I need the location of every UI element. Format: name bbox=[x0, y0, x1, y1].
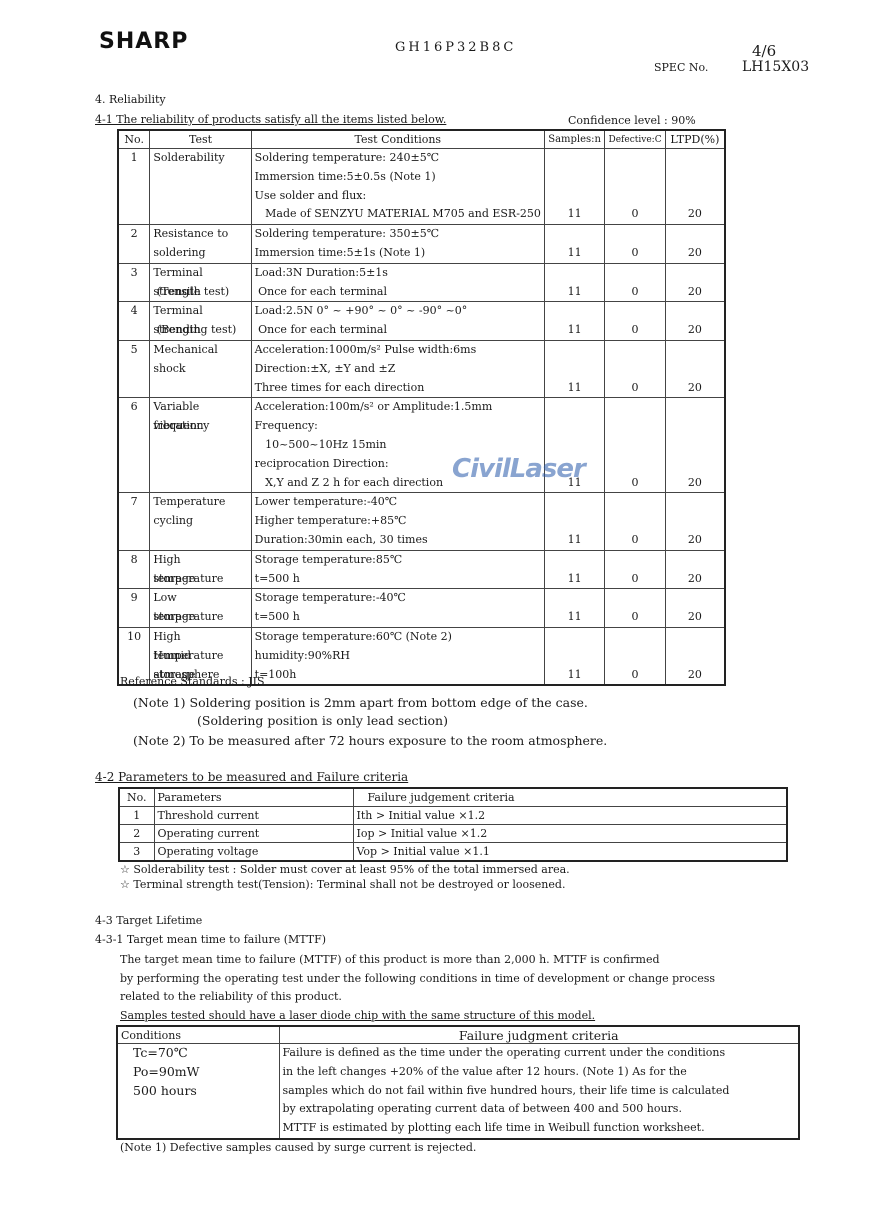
condition-line: Acceleration:100m/s² or Amplitude:1.5mm bbox=[255, 398, 541, 417]
condition-line: Load:2.5N 0° ~ +90° ~ 0° ~ -90° ~0° bbox=[255, 302, 541, 321]
test-number-text: 6 bbox=[122, 398, 146, 417]
condition-line: Direction:±X, ±Y and ±Z bbox=[255, 360, 541, 379]
defective-count: 0 bbox=[605, 225, 666, 264]
ltpd-value-text: 20 bbox=[669, 474, 721, 493]
param-name: Operating voltage bbox=[154, 843, 353, 862]
condition-line: 500 hours bbox=[121, 1082, 276, 1101]
test-name-line: Temperature bbox=[153, 493, 247, 512]
ltpd-value-text: 20 bbox=[669, 379, 721, 398]
samples-count-text: 11 bbox=[548, 205, 601, 224]
samples-count: 11 bbox=[544, 589, 604, 628]
ltpd-value: 20 bbox=[665, 149, 725, 225]
condition-line: Three times for each direction bbox=[255, 379, 541, 398]
condition-line: Storage temperature:60℃ (Note 2) bbox=[255, 628, 541, 647]
param-name: Threshold current bbox=[154, 807, 353, 825]
spacer bbox=[153, 379, 247, 398]
lifetime-criteria: Failure is defined as the time under the… bbox=[279, 1044, 799, 1139]
test-number-text: 4 bbox=[122, 302, 146, 321]
test-name-line: (Bending test) bbox=[153, 321, 247, 340]
lifetime-conditions: Tc=70℃Po=90mW500 hours bbox=[117, 1044, 279, 1139]
spacer bbox=[153, 436, 247, 455]
param-name: Operating current bbox=[154, 825, 353, 843]
test-number-text: 5 bbox=[122, 341, 146, 360]
condition-line: Po=90mW bbox=[121, 1063, 276, 1082]
table-row: 4Terminal strength (Bending test)Load:2.… bbox=[118, 302, 725, 341]
defective-count-text: 0 bbox=[608, 570, 662, 589]
defective-count-text: 0 bbox=[608, 608, 662, 627]
test-conditions: Soldering temperature: 240±5℃Immersion t… bbox=[251, 149, 544, 225]
ltpd-value: 20 bbox=[665, 627, 725, 685]
ltpd-value: 20 bbox=[665, 398, 725, 493]
test-conditions: Soldering temperature: 350±5℃Immersion t… bbox=[251, 225, 544, 264]
criteria-header: Failure judgement criteria bbox=[353, 788, 787, 807]
note-1: (Note 1) Soldering position is 2mm apart… bbox=[133, 695, 588, 710]
condition-line: Frequency: bbox=[255, 417, 541, 436]
mttf-paragraph-line: by performing the operating test under t… bbox=[120, 973, 715, 985]
criteria-line: by extrapolating operating current data … bbox=[283, 1100, 796, 1119]
test-name: Low temperaturestorage bbox=[150, 589, 251, 628]
ltpd-value-text: 20 bbox=[669, 531, 721, 550]
model-number: GH16P32B8C bbox=[395, 40, 516, 55]
test-number-text: 2 bbox=[122, 225, 146, 244]
test-number: 7 bbox=[118, 493, 150, 550]
param-number: 3 bbox=[119, 843, 154, 862]
condition-line: Tc=70℃ bbox=[121, 1044, 276, 1063]
test-name-line: cycling bbox=[153, 512, 247, 531]
condition-line: t=500 h bbox=[255, 570, 541, 589]
defective-count-text: 0 bbox=[608, 531, 662, 550]
test-number: 9 bbox=[118, 589, 150, 628]
defective-count-text: 0 bbox=[608, 379, 662, 398]
subsection-4-1-title: 4-1 The reliability of products satisfy … bbox=[95, 114, 446, 126]
criteria-line: MTTF is estimated by plotting each life … bbox=[283, 1119, 796, 1138]
defective-count-text: 0 bbox=[608, 321, 662, 340]
condition-line: Once for each terminal bbox=[255, 283, 541, 302]
section-title-reliability: 4. Reliability bbox=[95, 94, 166, 106]
test-number-text: 10 bbox=[122, 628, 146, 647]
watermark: CivilLaser bbox=[452, 454, 585, 484]
test-name-line: Resistance to bbox=[153, 225, 247, 244]
test-name-line: High temperature bbox=[153, 628, 247, 647]
reference-standards: Reference Standards : JIS bbox=[120, 676, 265, 688]
defective-count: 0 bbox=[605, 149, 666, 225]
no-header: No. bbox=[119, 788, 154, 807]
test-name-line: Solderability bbox=[153, 149, 247, 168]
test-conditions: Storage temperature:60℃ (Note 2)humidity… bbox=[251, 627, 544, 685]
subsection-4-3-title: 4-3 Target Lifetime bbox=[95, 915, 202, 927]
test-number: 6 bbox=[118, 398, 150, 493]
mttf-paragraph-line: Samples tested should have a laser diode… bbox=[120, 1010, 595, 1022]
ltpd-value-text: 20 bbox=[669, 608, 721, 627]
conditions-header: Test Conditions bbox=[251, 130, 544, 149]
param-criteria: Vop > Initial value ×1.1 bbox=[353, 843, 787, 862]
condition-line: Storage temperature:85℃ bbox=[255, 551, 541, 570]
reliability-table: No.TestTest ConditionsSamples:nDefective… bbox=[117, 129, 726, 686]
defective-count: 0 bbox=[605, 550, 666, 589]
condition-line: Duration:30min each, 30 times bbox=[255, 531, 541, 550]
test-name-line: soldering bbox=[153, 244, 247, 263]
note-defective-samples: (Note 1) Defective samples caused by sur… bbox=[120, 1142, 476, 1154]
table-row: 9Low temperaturestorageStorage temperatu… bbox=[118, 589, 725, 628]
spacer bbox=[153, 168, 247, 187]
test-name-line: Low temperature bbox=[153, 589, 247, 608]
ltpd-value: 20 bbox=[665, 225, 725, 264]
defective-count: 0 bbox=[605, 589, 666, 628]
test-number-text: 9 bbox=[122, 589, 146, 608]
samples-count-text: 11 bbox=[548, 608, 601, 627]
ltpd-value-text: 20 bbox=[669, 321, 721, 340]
test-conditions: Storage temperature:-40℃t=500 h bbox=[251, 589, 544, 628]
table-row: 8High temperaturestorageStorage temperat… bbox=[118, 550, 725, 589]
samples-count: 11 bbox=[544, 149, 604, 225]
defective-count: 0 bbox=[605, 263, 666, 302]
param-number: 1 bbox=[119, 807, 154, 825]
test-conditions: Acceleration:1000m/s² Pulse width:6msDir… bbox=[251, 340, 544, 397]
defective-count-text: 0 bbox=[608, 474, 662, 493]
ltpd-value: 20 bbox=[665, 302, 725, 341]
test-name: Terminal strength (Tensile test) bbox=[150, 263, 251, 302]
defective-count: 0 bbox=[605, 302, 666, 341]
ltpd-value: 20 bbox=[665, 550, 725, 589]
samples-count: 11 bbox=[544, 627, 604, 685]
criteria-line: in the left changes +20% of the value af… bbox=[283, 1063, 796, 1082]
test-number: 1 bbox=[118, 149, 150, 225]
defective-count: 0 bbox=[605, 340, 666, 397]
spec-number: LH15X03 bbox=[742, 59, 809, 75]
condition-line: Higher temperature:+85℃ bbox=[255, 512, 541, 531]
condition-line: Acceleration:1000m/s² Pulse width:6ms bbox=[255, 341, 541, 360]
condition-line: t=100h bbox=[255, 666, 541, 685]
test-name-line: Terminal strength bbox=[153, 264, 247, 283]
test-name: Resistance tosoldering bbox=[150, 225, 251, 264]
test-number-text: 8 bbox=[122, 551, 146, 570]
ltpd-value-text: 20 bbox=[669, 666, 721, 685]
samples-count-text: 11 bbox=[548, 244, 601, 263]
condition-line: Immersion time:5±1s (Note 1) bbox=[255, 244, 541, 263]
samples-header: Samples:n bbox=[544, 130, 604, 149]
test-name-line: Variable frequency bbox=[153, 398, 247, 417]
mttf-paragraph-line: The target mean time to failure (MTTF) o… bbox=[120, 954, 660, 966]
defective-header: Defective:C bbox=[605, 130, 666, 149]
param-criteria: Iop > Initial value ×1.2 bbox=[353, 825, 787, 843]
ltpd-value: 20 bbox=[665, 589, 725, 628]
test-name: Temperaturecycling bbox=[150, 493, 251, 550]
no-header: No. bbox=[118, 130, 150, 149]
test-name-line: Terminal strength bbox=[153, 302, 247, 321]
parameters-header: Parameters bbox=[154, 788, 353, 807]
table-row: 3Terminal strength (Tensile test)Load:3N… bbox=[118, 263, 725, 302]
condition-line: 10~500~10Hz 15min bbox=[255, 436, 541, 455]
samples-count: 11 bbox=[544, 225, 604, 264]
samples-count-text: 11 bbox=[548, 570, 601, 589]
table-row: 6Variable frequencyvibration Acceleratio… bbox=[118, 398, 725, 493]
samples-count: 11 bbox=[544, 550, 604, 589]
defective-count-text: 0 bbox=[608, 666, 662, 685]
ltpd-value-text: 20 bbox=[669, 205, 721, 224]
criteria-line: samples which do not fail within five hu… bbox=[283, 1082, 796, 1101]
spacer bbox=[153, 531, 247, 550]
confidence-level: Confidence level : 90% bbox=[568, 115, 696, 127]
spacer bbox=[153, 187, 247, 206]
spacer bbox=[153, 474, 247, 493]
defective-count-text: 0 bbox=[608, 244, 662, 263]
ltpd-value: 20 bbox=[665, 263, 725, 302]
test-name: Variable frequencyvibration bbox=[150, 398, 251, 493]
ltpd-value: 20 bbox=[665, 340, 725, 397]
samples-count-text: 11 bbox=[548, 283, 601, 302]
page-number: 4/6 bbox=[752, 42, 776, 60]
condition-line: Once for each terminal bbox=[255, 321, 541, 340]
samples-count-text: 11 bbox=[548, 321, 601, 340]
ltpd-value-text: 20 bbox=[669, 283, 721, 302]
condition-line: Immersion time:5±0.5s (Note 1) bbox=[255, 168, 541, 187]
conditions-header: Conditions bbox=[117, 1026, 279, 1044]
spec-label: SPEC No. bbox=[654, 61, 708, 74]
test-name: Mechanical shock bbox=[150, 340, 251, 397]
criteria-header: Failure judgment criteria bbox=[279, 1026, 799, 1044]
ltpd-value-text: 20 bbox=[669, 570, 721, 589]
test-number: 5 bbox=[118, 340, 150, 397]
test-number: 3 bbox=[118, 263, 150, 302]
note-2: (Note 2) To be measured after 72 hours e… bbox=[133, 733, 607, 748]
test-name-line: Mechanical shock bbox=[153, 341, 247, 360]
condition-line: Soldering temperature: 240±5℃ bbox=[255, 149, 541, 168]
criteria-line: Failure is defined as the time under the… bbox=[283, 1044, 796, 1063]
defective-count: 0 bbox=[605, 627, 666, 685]
test-number-text: 3 bbox=[122, 264, 146, 283]
condition-line: Use solder and flux: bbox=[255, 187, 541, 206]
terminal-strength-criterion: ☆ Terminal strength test(Tension): Termi… bbox=[120, 879, 565, 891]
ltpd-header: LTPD(%) bbox=[665, 130, 725, 149]
test-number: 4 bbox=[118, 302, 150, 341]
subsection-4-2-title: 4-2 Parameters to be measured and Failur… bbox=[95, 770, 408, 784]
table-row: 2Operating currentIop > Initial value ×1… bbox=[119, 825, 787, 843]
condition-line: Made of SENZYU MATERIAL M705 and ESR-250 bbox=[255, 205, 541, 224]
note-1-continued: (Soldering position is only lead section… bbox=[197, 713, 448, 728]
test-number-text: 7 bbox=[122, 493, 146, 512]
test-name: Solderability bbox=[150, 149, 251, 225]
samples-count: 11 bbox=[544, 263, 604, 302]
defective-count: 0 bbox=[605, 493, 666, 550]
param-number: 2 bbox=[119, 825, 154, 843]
spacer bbox=[153, 455, 247, 474]
test-name: High temperaturestorage bbox=[150, 550, 251, 589]
test-name-line: vibration bbox=[153, 417, 247, 436]
test-header: Test bbox=[150, 130, 251, 149]
samples-count: 11 bbox=[544, 340, 604, 397]
table-row: 1Solderability Soldering temperature: 24… bbox=[118, 149, 725, 225]
condition-line: t=500 h bbox=[255, 608, 541, 627]
test-number: 8 bbox=[118, 550, 150, 589]
samples-count-text: 11 bbox=[548, 531, 601, 550]
samples-count: 11 bbox=[544, 302, 604, 341]
spacer bbox=[153, 205, 247, 224]
test-name-line: High temperature bbox=[153, 551, 247, 570]
test-conditions: Lower temperature:-40℃Higher temperature… bbox=[251, 493, 544, 550]
test-conditions: Load:2.5N 0° ~ +90° ~ 0° ~ -90° ~0° Once… bbox=[251, 302, 544, 341]
subsection-4-3-1-title: 4-3-1 Target mean time to failure (MTTF) bbox=[95, 934, 326, 946]
condition-line: Soldering temperature: 350±5℃ bbox=[255, 225, 541, 244]
ltpd-value-text: 20 bbox=[669, 244, 721, 263]
condition-line: humidity:90%RH bbox=[255, 647, 541, 666]
ltpd-value: 20 bbox=[665, 493, 725, 550]
defective-count-text: 0 bbox=[608, 205, 662, 224]
failure-criteria-table: No.ParametersFailure judgement criteria … bbox=[118, 787, 788, 862]
solderability-criterion: ☆ Solderability test : Solder must cover… bbox=[120, 864, 570, 876]
samples-count-text: 11 bbox=[548, 666, 601, 685]
lifetime-table: Conditions Failure judgment criteria Tc=… bbox=[116, 1025, 800, 1140]
table-row: 2Resistance tosolderingSoldering tempera… bbox=[118, 225, 725, 264]
mttf-paragraph-line: related to the reliability of this produ… bbox=[120, 991, 342, 1003]
defective-count-text: 0 bbox=[608, 283, 662, 302]
condition-line: Load:3N Duration:5±1s bbox=[255, 264, 541, 283]
samples-count: 11 bbox=[544, 493, 604, 550]
test-number: 2 bbox=[118, 225, 150, 264]
table-row: 3Operating voltageVop > Initial value ×1… bbox=[119, 843, 787, 862]
table-row: 5Mechanical shock Acceleration:1000m/s² … bbox=[118, 340, 725, 397]
defective-count: 0 bbox=[605, 398, 666, 493]
param-criteria: Ith > Initial value ×1.2 bbox=[353, 807, 787, 825]
table-row: 7Temperaturecycling Lower temperature:-4… bbox=[118, 493, 725, 550]
sharp-logo: SHARP bbox=[99, 29, 188, 54]
table-row: 1Threshold currentIth > Initial value ×1… bbox=[119, 807, 787, 825]
test-name: Terminal strength (Bending test) bbox=[150, 302, 251, 341]
test-name-line: (Tensile test) bbox=[153, 283, 247, 302]
test-number-text: 1 bbox=[122, 149, 146, 168]
test-conditions: Storage temperature:85℃t=500 h bbox=[251, 550, 544, 589]
condition-line: Lower temperature:-40℃ bbox=[255, 493, 541, 512]
samples-count-text: 11 bbox=[548, 379, 601, 398]
condition-line: Storage temperature:-40℃ bbox=[255, 589, 541, 608]
test-conditions: Load:3N Duration:5±1s Once for each term… bbox=[251, 263, 544, 302]
